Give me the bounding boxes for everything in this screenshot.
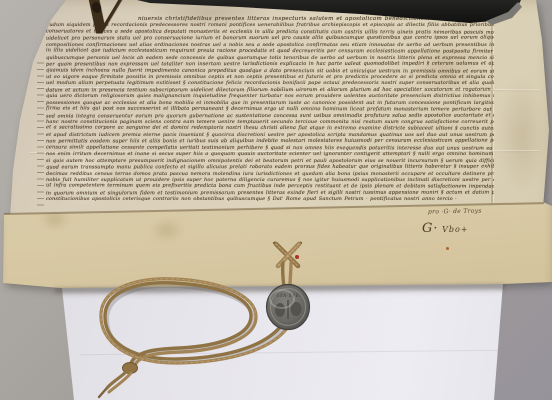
manuscript-line: quia uero dictorum religiosorum quies ma…	[46, 93, 494, 99]
parchment-stain	[500, 80, 545, 190]
manuscript-line: censura simili appellatione cessante com…	[46, 144, 494, 152]
signature-rest: Vbo+	[439, 225, 469, 234]
parchment-charter: niuersis christifidelibus presentes litt…	[0, 0, 552, 400]
chancery-note: pro ·G· de Troys	[428, 208, 482, 216]
photo-of-charter: niuersis christifidelibus presentes litt…	[0, 0, 552, 400]
parchment-sheet: niuersis christifidelibus presentes litt…	[0, 0, 552, 400]
signature-initial: G·	[422, 221, 439, 236]
manuscript-line: datum et actum in presencia testium subs…	[46, 86, 494, 93]
illuminated-initial: V	[82, 0, 122, 42]
manuscript-line: constitucionibus apostolicis ceterisque …	[46, 196, 494, 202]
rust-speck	[446, 247, 449, 250]
manuscript-line: quamuis idem inchoans nullo fuerit imped…	[46, 67, 494, 75]
manuscript-line: in quorum omnium et singulorum fidem et …	[46, 189, 494, 196]
manuscript-line: nos enim irritum decernimus et inane si …	[46, 151, 494, 157]
line-start-ticks	[37, 58, 44, 208]
chancery-signature: G· Vbo+	[422, 221, 469, 236]
plica-stain	[150, 218, 184, 242]
manuscript-line: sed omnia integra conseruentur eorum pro…	[46, 112, 494, 119]
manuscript-line: decimas redditus census terras domos pra…	[46, 171, 494, 177]
manuscript-line: quod earum transsumpto manu publica conf…	[46, 164, 494, 171]
